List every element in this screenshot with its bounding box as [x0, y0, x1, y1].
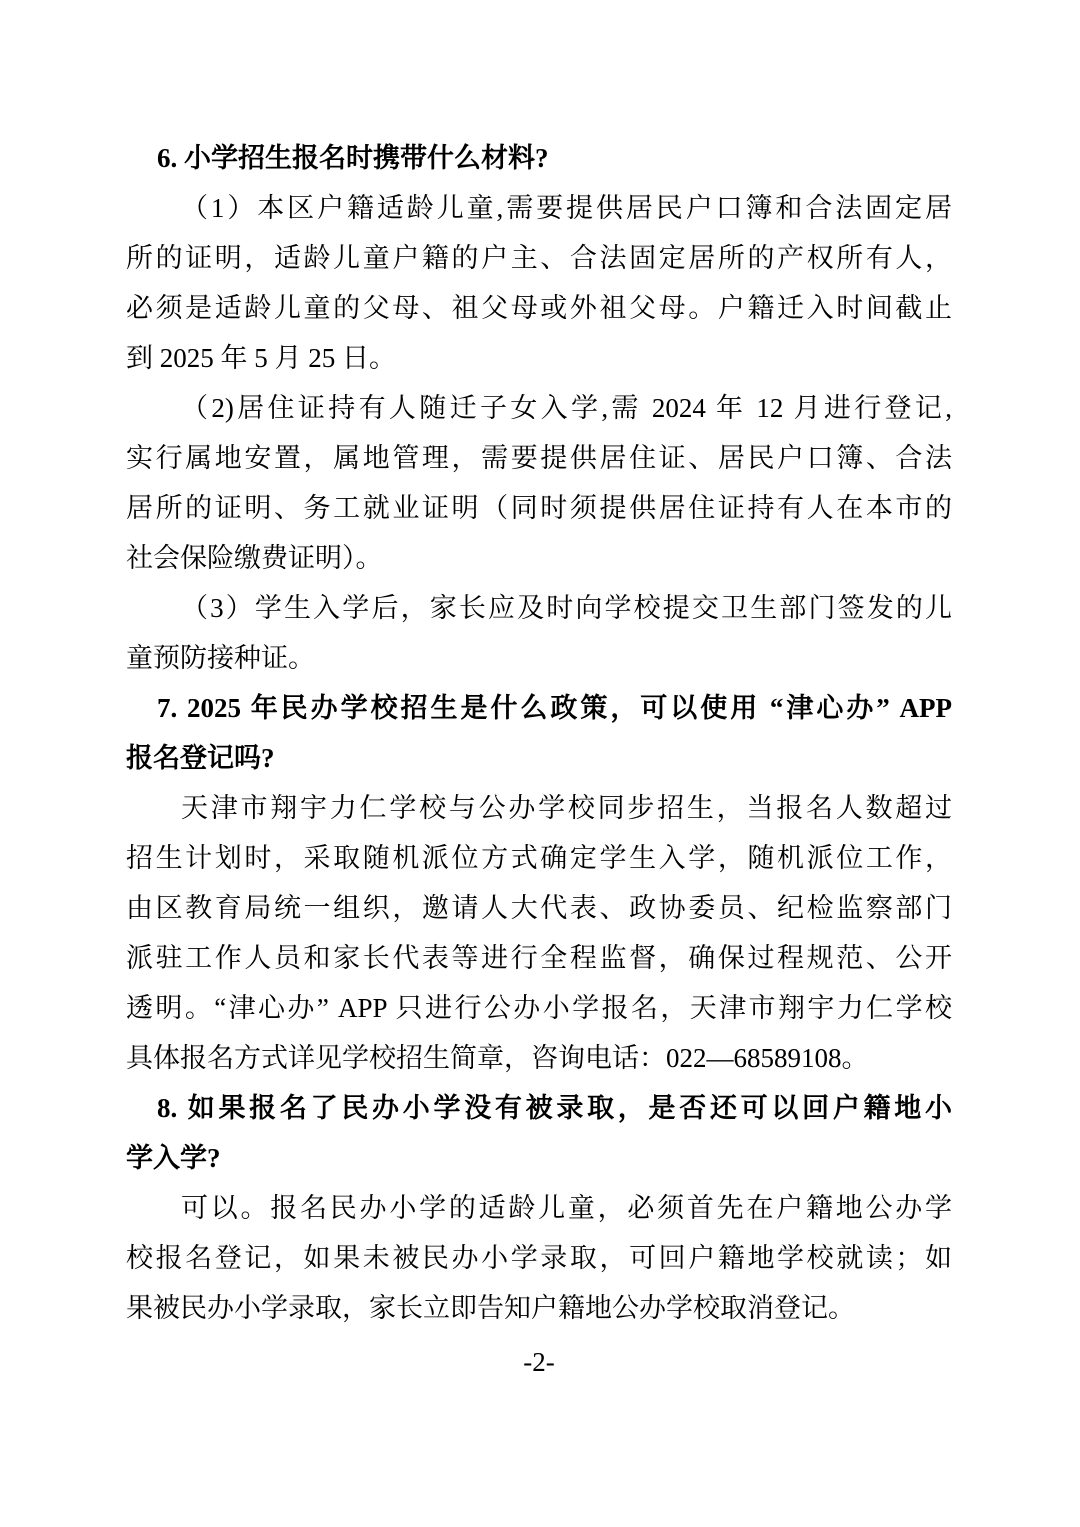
text-line: 社会保险缴费证明）。 [126, 533, 952, 583]
text-line: 8. 如果报名了民办小学没有被录取，是否还可以回户籍地小 [126, 1083, 952, 1133]
text-line: 天津市翔宇力仁学校与公办学校同步招生，当报名人数超过 [126, 783, 952, 833]
text-line: 具体报名方式详见学校招生简章，咨询电话：022—68589108。 [126, 1033, 952, 1083]
text-line: 实行属地安置，属地管理，需要提供居住证、居民户口簿、合法 [126, 433, 952, 483]
text-line: 学入学? [126, 1133, 952, 1183]
text-line: 童预防接种证。 [126, 633, 952, 683]
text-line: 所的证明，适龄儿童户籍的户主、合法固定居所的产权所有人， [126, 233, 952, 283]
answer-7-paragraph: 天津市翔宇力仁学校与公办学校同步招生，当报名人数超过招生计划时，采取随机派位方式… [126, 783, 952, 1083]
text-line: 派驻工作人员和家长代表等进行全程监督，确保过程规范、公开 [126, 933, 952, 983]
text-line: 由区教育局统一组织，邀请人大代表、政协委员、纪检监察部门 [126, 883, 952, 933]
text-line: 招生计划时，采取随机派位方式确定学生入学，随机派位工作， [126, 833, 952, 883]
answer-6-item-2: （2)居住证持有人随迁子女入学,需 2024 年 12 月进行登记,实行属地安置… [126, 383, 952, 583]
question-6-heading: 6. 小学招生报名时携带什么材料? [126, 133, 952, 183]
text-line: （1）本区户籍适龄儿童,需要提供居民户口簿和合法固定居 [126, 183, 952, 233]
text-line: 可以。报名民办小学的适龄儿童，必须首先在户籍地公办学 [126, 1183, 952, 1233]
answer-6-item-1: （1）本区户籍适龄儿童,需要提供居民户口簿和合法固定居所的证明，适龄儿童户籍的户… [126, 183, 952, 383]
text-line: 到 2025 年 5 月 25 日。 [126, 333, 952, 383]
text-line: 报名登记吗? [126, 733, 952, 783]
text-line: 居所的证明、务工就业证明（同时须提供居住证持有人在本市的 [126, 483, 952, 533]
answer-8-paragraph: 可以。报名民办小学的适龄儿童，必须首先在户籍地公办学校报名登记，如果未被民办小学… [126, 1183, 952, 1333]
answer-6-item-3: （3）学生入学后，家长应及时向学校提交卫生部门签发的儿童预防接种证。 [126, 583, 952, 683]
document-body: 6. 小学招生报名时携带什么材料?（1）本区户籍适龄儿童,需要提供居民户口簿和合… [126, 133, 952, 1333]
text-line: （3）学生入学后，家长应及时向学校提交卫生部门签发的儿 [126, 583, 952, 633]
question-7-heading: 7. 2025 年民办学校招生是什么政策，可以使用 “津心办” APP报名登记吗… [126, 683, 952, 783]
document-page: 6. 小学招生报名时携带什么材料?（1）本区户籍适龄儿童,需要提供居民户口簿和合… [0, 0, 1080, 1527]
text-line: 透明。“津心办” APP 只进行公办小学报名，天津市翔宇力仁学校 [126, 983, 952, 1033]
text-line: 7. 2025 年民办学校招生是什么政策，可以使用 “津心办” APP [126, 683, 952, 733]
question-8-heading: 8. 如果报名了民办小学没有被录取，是否还可以回户籍地小学入学? [126, 1083, 952, 1183]
page-number: -2- [126, 1342, 952, 1382]
text-line: 果被民办小学录取，家长立即告知户籍地公办学校取消登记。 [126, 1283, 952, 1333]
text-line: 必须是适龄儿童的父母、祖父母或外祖父母。户籍迁入时间截止 [126, 283, 952, 333]
text-line: （2)居住证持有人随迁子女入学,需 2024 年 12 月进行登记, [126, 383, 952, 433]
text-line: 6. 小学招生报名时携带什么材料? [126, 133, 952, 183]
text-line: 校报名登记，如果未被民办小学录取，可回户籍地学校就读；如 [126, 1233, 952, 1283]
